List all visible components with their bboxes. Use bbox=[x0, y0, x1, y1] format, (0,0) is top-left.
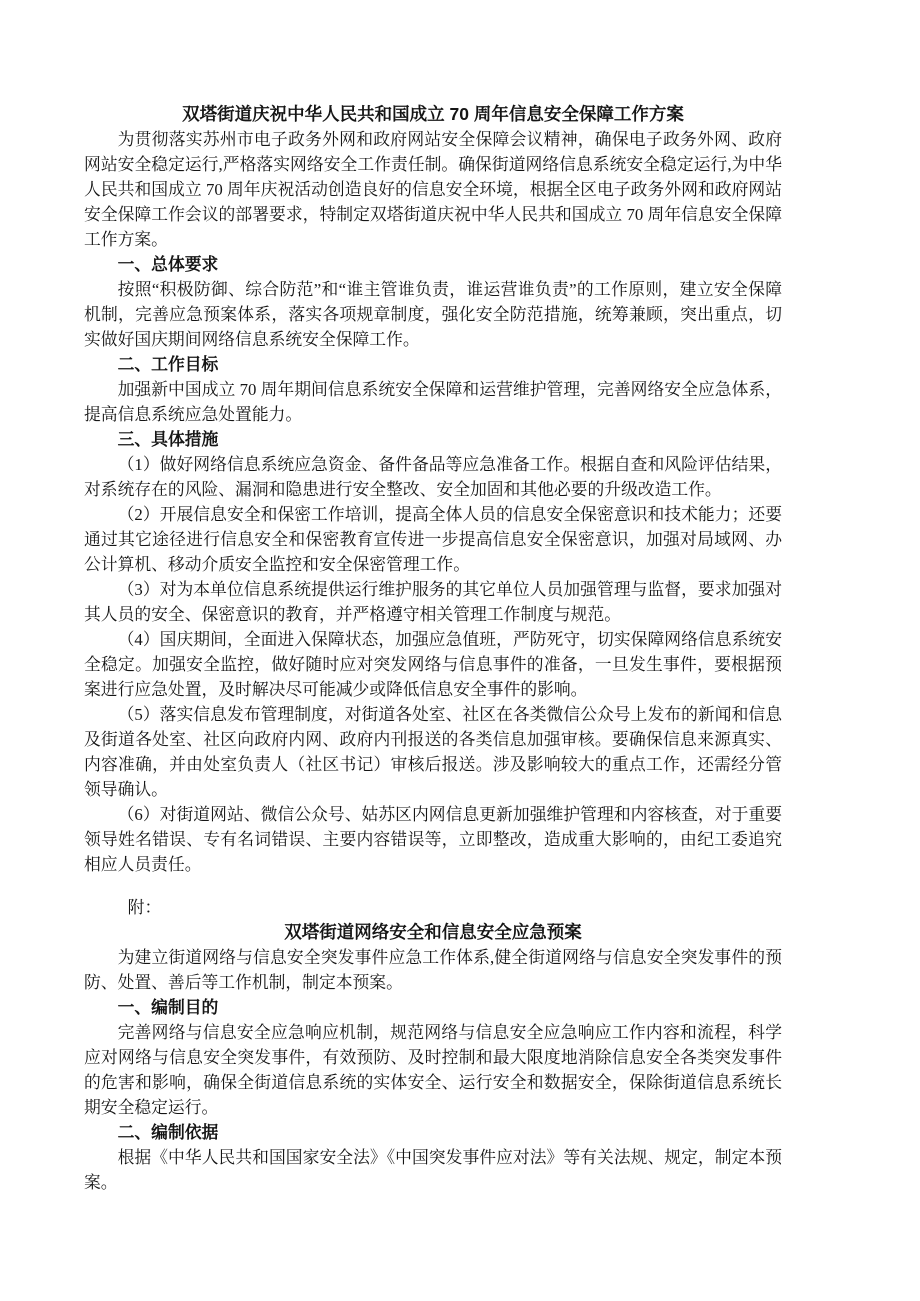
document-body: 双塔街道庆祝中华人民共和国成立 70 周年信息安全保障工作方案 为贯彻落实苏州市… bbox=[84, 102, 782, 1195]
attachment-label: 附： bbox=[84, 895, 782, 920]
section-heading-compilation-purpose: 一、编制目的 bbox=[84, 995, 782, 1020]
section-heading-compilation-basis: 二、编制依据 bbox=[84, 1120, 782, 1145]
paragraph: 根据《中华人民共和国国家安全法》《中国突发事件应对法》等有关法规、规定，制定本预… bbox=[84, 1145, 782, 1195]
document-page: 双塔街道庆祝中华人民共和国成立 70 周年信息安全保障工作方案 为贯彻落实苏州市… bbox=[0, 0, 920, 1301]
paragraph: 完善网络与信息安全应急响应机制，规范网络与信息安全应急响应工作内容和流程，科学应… bbox=[84, 1020, 782, 1120]
paragraph-attachment-intro: 为建立街道网络与信息安全突发事件应急工作体系,健全街道网络与信息安全突发事件的预… bbox=[84, 945, 782, 995]
paragraph-measure-1: （1）做好网络信息系统应急资金、备件备品等应急准备工作。根据自查和风险评估结果，… bbox=[84, 452, 782, 502]
paragraph: 按照“积极防御、综合防范”和“谁主管谁负责，谁运营谁负责”的工作原则，建立安全保… bbox=[84, 277, 782, 352]
paragraph: 加强新中国成立 70 周年期间信息系统安全保障和运营维护管理，完善网络安全应急体… bbox=[84, 377, 782, 427]
paragraph-measure-2: （2）开展信息安全和保密工作培训，提高全体人员的信息安全保密意识和技术能力；还要… bbox=[84, 502, 782, 577]
paragraph-intro: 为贯彻落实苏州市电子政务外网和政府网站安全保障会议精神，确保电子政务外网、政府网… bbox=[84, 127, 782, 252]
paragraph-measure-5: （5）落实信息发布管理制度，对街道各处室、社区在各类微信公众号上发布的新闻和信息… bbox=[84, 702, 782, 802]
section-heading-work-goals: 二、工作目标 bbox=[84, 352, 782, 377]
document-title: 双塔街道庆祝中华人民共和国成立 70 周年信息安全保障工作方案 bbox=[84, 102, 782, 127]
paragraph-measure-6: （6）对街道网站、微信公众号、姑苏区内网信息更新加强维护管理和内容核查，对于重要… bbox=[84, 802, 782, 877]
paragraph-measure-3: （3）对为本单位信息系统提供运行维护服务的其它单位人员加强管理与监督，要求加强对… bbox=[84, 577, 782, 627]
paragraph-measure-4: （4）国庆期间，全面进入保障状态，加强应急值班，严防死守，切实保障网络信息系统安… bbox=[84, 627, 782, 702]
section-heading-overall-requirements: 一、总体要求 bbox=[84, 252, 782, 277]
attachment-title: 双塔街道网络安全和信息安全应急预案 bbox=[84, 920, 782, 945]
section-heading-specific-measures: 三、具体措施 bbox=[84, 427, 782, 452]
